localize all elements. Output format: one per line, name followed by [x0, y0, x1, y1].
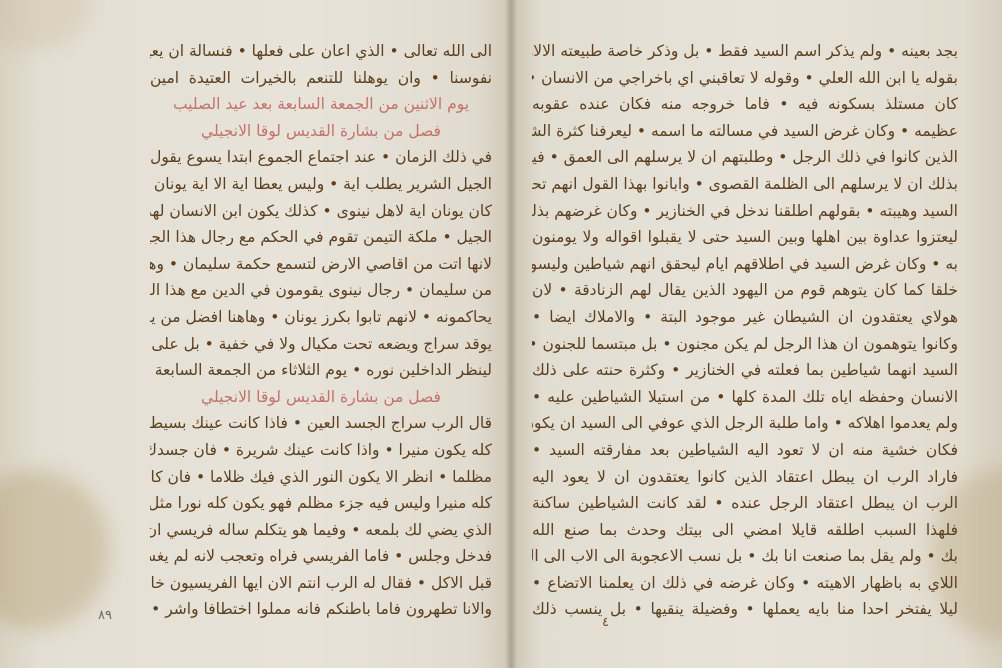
right-page-text: بجد بعينه • ولم يذكر اسم السيد فقط • بل … [532, 38, 958, 623]
text-line: ليعتزوا عداوة بين اهلها وبين السيد حتى ل… [532, 224, 958, 251]
text-line: كان مستلذ بسكونه فيه • فاما خروجه منه فك… [532, 91, 958, 118]
water-stain [0, 0, 90, 50]
rubric-line: فصل من بشارة القديس لوقا الانجيلي [150, 118, 492, 145]
text-line: يوقد سراج ويضعه تحت مكيال ولا في خفية • … [150, 331, 492, 358]
text-line: بجد بعينه • ولم يذكر اسم السيد فقط • بل … [532, 38, 958, 65]
text-line: الجيل • ملكة التيمن تقوم في الحكم مع رجا… [150, 224, 492, 251]
text-line: وكانوا يتوهمون ان هذا الرجل لم يكن مجنون… [532, 331, 958, 358]
text-line: الى الله تعالى • الذي اعان على فعلها • ف… [150, 38, 492, 65]
rubric-line: يوم الاثنين من الجمعة السابعة بعد عيد ال… [150, 91, 492, 118]
text-line: مظلما • انظر الا يكون النور الذي فيك ظلا… [150, 464, 492, 491]
left-page: الى الله تعالى • الذي اعان على فعلها • ف… [0, 0, 512, 668]
text-line: الانسان وحفظه اياه تلك المدة كلها • من ا… [532, 384, 958, 411]
text-line: بك • ولم يقل بما صنعت انا بك • بل نسب ال… [532, 543, 958, 570]
text-line: خلقا كما كان يتوهم قوم من اليهود الذين ي… [532, 277, 958, 304]
folio-number: ٨٩ [98, 608, 112, 623]
text-line: الذين كانوا في ذلك الرجل • وطلبتهم ان لا… [532, 144, 958, 171]
right-page: بجد بعينه • ولم يذكر اسم السيد فقط • بل … [512, 0, 1002, 668]
text-line: الجيل الشرير يطلب اية • وليس يعطا اية ال… [150, 171, 492, 198]
text-line: قال الرب سراج الجسد العين • فاذا كانت عي… [150, 410, 492, 437]
text-line: كله منيرا وليس فيه جزء مظلم فهو يكون كله… [150, 490, 492, 517]
text-line: لينظر الداخلين نوره • يوم الثلاثاء من ال… [150, 357, 492, 384]
text-line: الرب ان يبطل اعتقاد الرجل عنده • لقد كان… [532, 490, 958, 517]
text-line: لانها اتت من اقاصي الارض لتسمع حكمة سليم… [150, 251, 492, 278]
text-line: الذي يضي لك بلمعه • وفيما هو يتكلم ساله … [150, 517, 492, 544]
text-line: بقوله يا ابن الله العلي • وقوله لا تعاقب… [532, 65, 958, 92]
text-line: ولم يعدموا اهلاكه • واما طلبة الرجل الذي… [532, 410, 958, 437]
left-page-text: الى الله تعالى • الذي اعان على فعلها • ف… [150, 38, 492, 623]
book-gutter [505, 0, 517, 668]
text-line: يحاكمونه • لانهم تابوا بكرز يونان • وهاه… [150, 304, 492, 331]
text-line: بذلك ان لا يرسلهم الى الظلمة القصوى • وا… [532, 171, 958, 198]
rubric-line: فصل من بشارة القديس لوقا الانجيلي [150, 384, 492, 411]
text-line: والانا تطهرون فاما باطنكم فانه مملوا اخت… [150, 596, 492, 623]
text-line: فاراد الرب ان يبطل اعتقاد الذين كانوا يع… [532, 464, 958, 491]
text-line: ليلا يفتخر احدا منا بايه يعملها • وفضيلة… [532, 596, 958, 623]
text-line: السيد وهيبته • بقولهم اطلقنا ندخل في الخ… [532, 198, 958, 225]
text-line: السيد انهما شياطين بما فعلته في الخنازير… [532, 357, 958, 384]
water-stain [0, 470, 110, 630]
text-line: به • وكان غرض السيد في اطلاقهم ايام ليحق… [532, 251, 958, 278]
text-line: من سليمان • رجال نينوى يقومون في الدين م… [150, 277, 492, 304]
folio-number: ٤ [602, 615, 609, 630]
text-line: في ذلك الزمان • عند اجتماع الجموع ابتدا … [150, 144, 492, 171]
text-line: كله يكون منيرا • واذا كانت عينك شريرة • … [150, 437, 492, 464]
text-line: فدخل وجلس • فاما الفريسي فراه وتعجب لانه… [150, 543, 492, 570]
manuscript-spread: الى الله تعالى • الذي اعان على فعلها • ف… [0, 0, 1002, 668]
text-line: هولاي يعتقدون ان الشيطان غير موجود البتة… [532, 304, 958, 331]
text-line: اللاي به باظهار الاهيته • وكان غرضه في ذ… [532, 570, 958, 597]
text-line: قبل الاكل • فقال له الرب انتم الان ايها … [150, 570, 492, 597]
text-line: عظيمه • وكان غرض السيد في مسالته ما اسمه… [532, 118, 958, 145]
text-line: فلهذا السبب اطلقه قايلا امضي الى بيتك وح… [532, 517, 958, 544]
text-line: كان يونان اية لاهل نينوى • كذلك يكون ابن… [150, 198, 492, 225]
text-line: فكان خشية منه ان لا تعود اليه الشياطين ب… [532, 437, 958, 464]
text-line: نفوسنا • وان يوهلنا للتنعم بالخيرات العت… [150, 65, 492, 92]
